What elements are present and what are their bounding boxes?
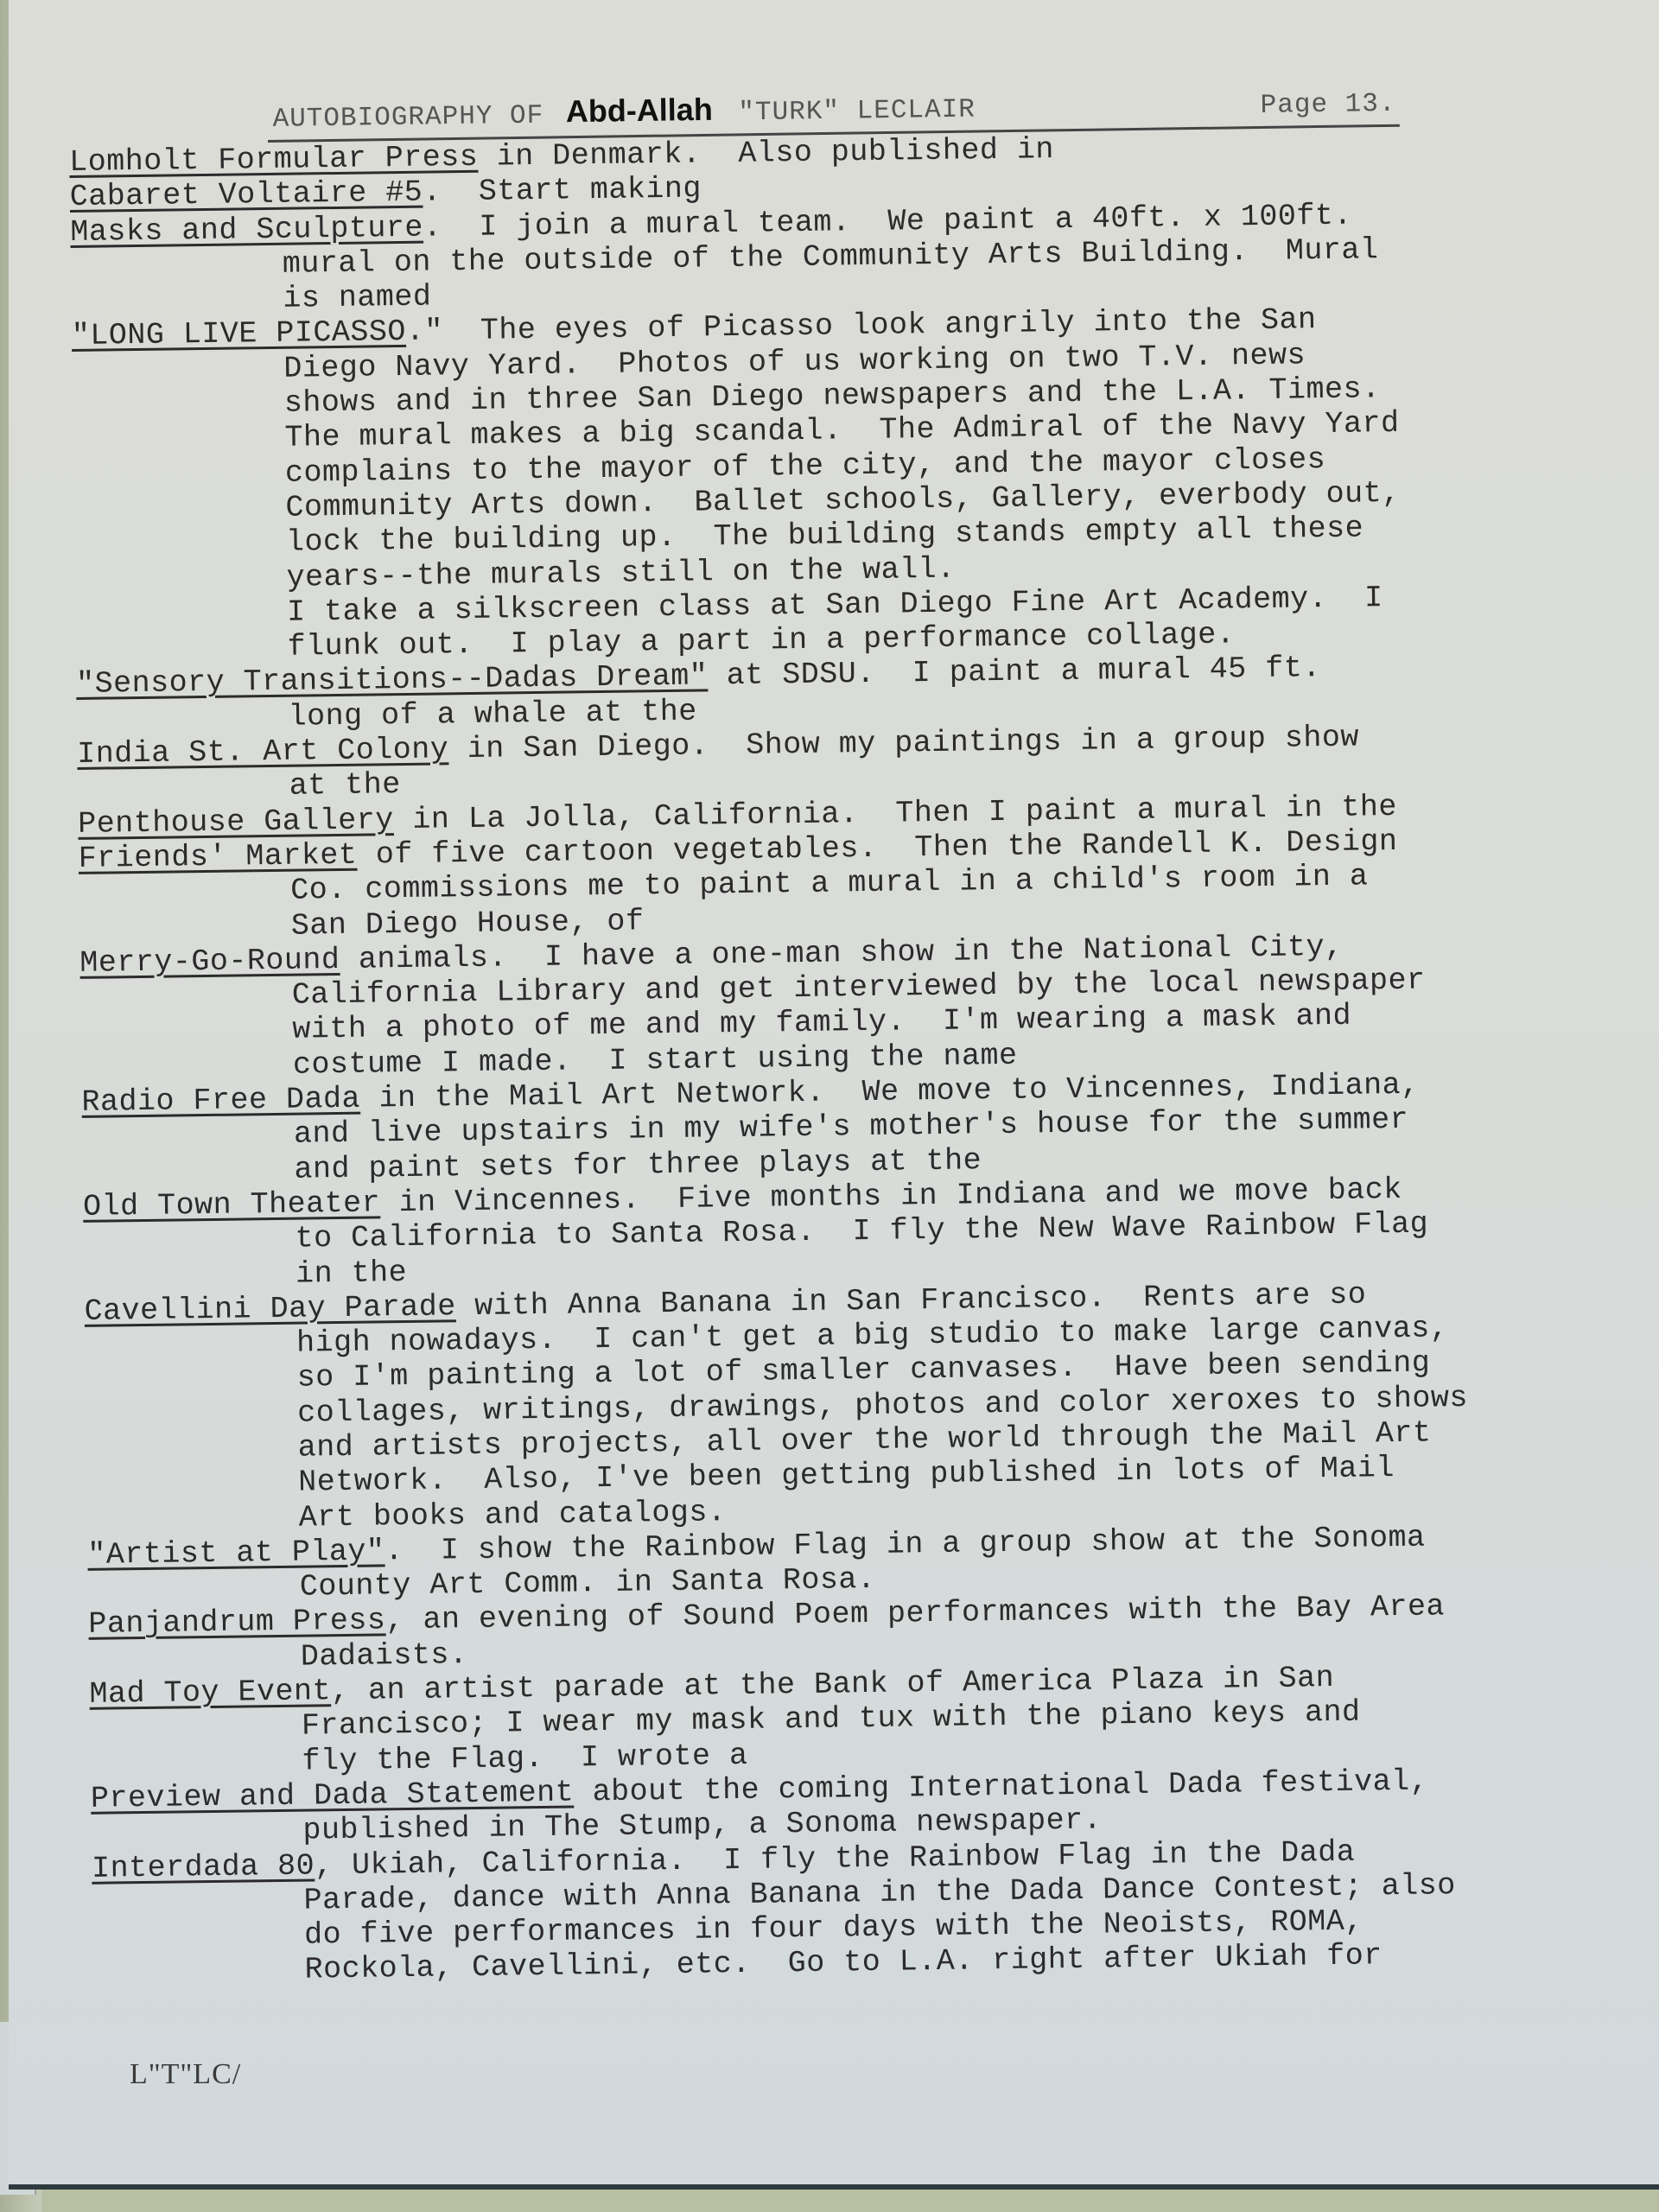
entry: Radio Free Dada in the Mail Art Network.…	[81, 1065, 1637, 1189]
underlined-title: Merry-Go-Round	[79, 943, 340, 981]
entry-text: . Start making	[423, 172, 702, 210]
entry: Old Town Theater in Vincennes. Five mont…	[83, 1169, 1639, 1294]
underlined-title: Lomholt Formular Press	[69, 140, 479, 180]
underlined-title: Radio Free Dada	[81, 1082, 360, 1120]
header-title: AUTOBIOGRAPHY OF Abd-Allah "TURK" LECLAI…	[272, 88, 976, 135]
entry: Mad Toy Event, an artist parade at the B…	[89, 1656, 1645, 1781]
header-author-name: Abd-Allah	[566, 92, 714, 129]
entry: Masks and Sculpture. I join a mural team…	[70, 194, 1626, 319]
underlined-title: Penthouse Gallery	[78, 803, 394, 842]
underlined-title: Mad Toy Event	[89, 1674, 331, 1712]
underlined-title: Interdada 80	[92, 1848, 315, 1885]
entry: Interdada 80, Ukiah, California. I fly t…	[92, 1831, 1649, 1991]
underlined-title: Cabaret Voltaire #5	[70, 175, 423, 214]
typewritten-page: AUTOBIOGRAPHY OF Abd-Allah "TURK" LECLAI…	[9, 0, 1659, 2184]
underlined-title: Preview and Dada Statement	[91, 1775, 575, 1815]
entry: Cavellini Day Parade with Anna Banana in…	[84, 1274, 1643, 1538]
author-initials: L"T"LC/	[130, 2058, 241, 2091]
entry: Friends' Market of five cartoon vegetabl…	[79, 821, 1635, 945]
header-title-prefix: AUTOBIOGRAPHY OF	[272, 101, 543, 135]
underlined-title: "Artist at Play"	[87, 1534, 385, 1573]
underlined-title: Friends' Market	[79, 838, 358, 876]
header-title-suffix: "TURK" LECLAIR	[738, 95, 976, 129]
underlined-title: "LONG LIVE PICASSO	[72, 315, 407, 353]
underlined-title: Panjandrum Press	[88, 1604, 386, 1643]
underlined-title: Masks and Sculpture	[70, 210, 423, 249]
entry: Merry-Go-Round animals. I have a one-man…	[79, 925, 1637, 1085]
autobiography-body: Lomholt Formular Press in Denmark. Also …	[69, 124, 1649, 1990]
underlined-title: Old Town Theater	[83, 1185, 381, 1224]
underlined-title: Cavellini Day Parade	[84, 1289, 456, 1329]
underlined-title: India St. Art Colony	[77, 732, 449, 772]
page-number: Page 13.	[1260, 89, 1395, 121]
entry: "LONG LIVE PICASSO." The eyes of Picasso…	[72, 299, 1631, 667]
